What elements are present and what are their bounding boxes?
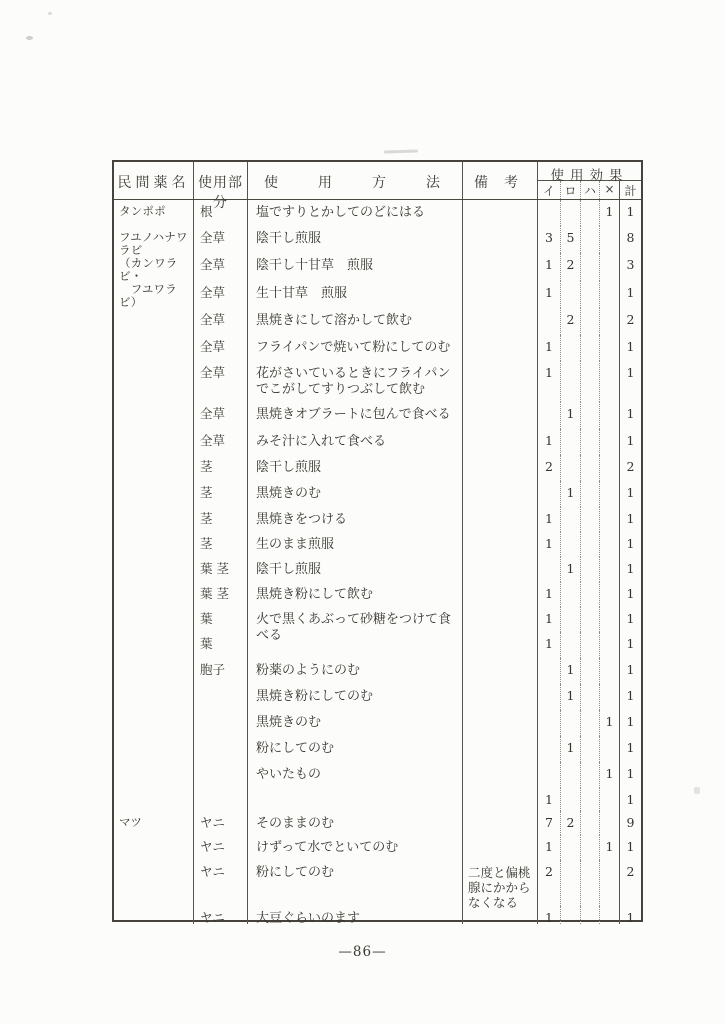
- used-part: 茎: [194, 532, 248, 557]
- usage-method: [248, 788, 463, 811]
- effect-count-i: [538, 308, 561, 335]
- used-part: 葉 茎: [194, 557, 248, 582]
- used-part: 全草: [194, 429, 248, 455]
- usage-method: 塩ですりとかしてのどにはる: [248, 200, 463, 226]
- effect-count-ha: [581, 835, 600, 860]
- effect-count-x: [600, 402, 620, 429]
- effect-count-x: [600, 335, 620, 361]
- used-part: [194, 710, 248, 736]
- effect-count-total: 1: [620, 684, 641, 710]
- usage-method: みそ汁に入れて食べる: [248, 429, 463, 455]
- used-part: 全草: [194, 402, 248, 429]
- medicine-name: [114, 361, 194, 402]
- effect-count-i: 1: [538, 507, 561, 532]
- effect-count-x: [600, 361, 620, 402]
- effect-count-x: [600, 507, 620, 532]
- usage-method: 陰干し煎服: [248, 455, 463, 481]
- effect-count-i: [538, 658, 561, 684]
- medicine-name: [114, 253, 194, 281]
- medicine-name: [114, 281, 194, 308]
- effect-count-total: 1: [620, 402, 641, 429]
- medicine-name: [114, 762, 194, 788]
- used-part: [194, 684, 248, 710]
- usage-method: 大豆ぐらいのます: [248, 906, 463, 924]
- effect-count-i: 1: [538, 429, 561, 455]
- remark: [463, 281, 538, 308]
- usage-method: けずって水でといてのむ: [248, 835, 463, 860]
- effect-count-ro: [561, 835, 581, 860]
- effect-count-x: [600, 788, 620, 811]
- effect-count-ha: [581, 429, 600, 455]
- effect-count-ha: [581, 481, 600, 507]
- effect-count-i: [538, 684, 561, 710]
- table-row: 全草フライパンで焼いて粉にしてのむ11: [114, 335, 641, 361]
- remark: [463, 429, 538, 455]
- effect-count-ro: [561, 335, 581, 361]
- table-row: 葉 茎陰干し煎服11: [114, 557, 641, 582]
- effect-count-x: [600, 557, 620, 582]
- effect-count-ha: [581, 607, 600, 632]
- used-part: 茎: [194, 481, 248, 507]
- medicine-name: [114, 684, 194, 710]
- used-part: 全草: [194, 281, 248, 308]
- used-part: [194, 736, 248, 762]
- used-part: 葉 茎: [194, 582, 248, 607]
- effect-count-total: 8: [620, 226, 641, 253]
- effect-count-x: [600, 308, 620, 335]
- effect-count-x: [600, 658, 620, 684]
- effect-count-i: [538, 557, 561, 582]
- effect-count-ha: [581, 582, 600, 607]
- remark: [463, 658, 538, 684]
- effect-count-ro: [561, 860, 581, 906]
- usage-method: 粉にしてのむ: [248, 736, 463, 762]
- medicine-name: [114, 658, 194, 684]
- effect-count-ro: 2: [561, 253, 581, 281]
- table-row: 葉11: [114, 632, 641, 658]
- table-row: マツヤニそのままのむ729: [114, 811, 641, 835]
- effect-count-ro: 1: [561, 557, 581, 582]
- medicine-name: [114, 582, 194, 607]
- medicine-name: [114, 557, 194, 582]
- effect-count-total: 1: [620, 361, 641, 402]
- effect-count-x: [600, 481, 620, 507]
- effect-count-i: [538, 762, 561, 788]
- medicine-name: [114, 481, 194, 507]
- effect-count-ro: [561, 762, 581, 788]
- medicine-name: [114, 455, 194, 481]
- effect-count-total: 2: [620, 860, 641, 906]
- effect-count-i: 1: [538, 281, 561, 308]
- table-row: やいたもの11: [114, 762, 641, 788]
- table-row: フユノハナワラビ （カンワラビ・ フユワラビ）全草陰干し煎服358: [114, 226, 641, 253]
- remark: [463, 684, 538, 710]
- used-part: 全草: [194, 361, 248, 402]
- effect-count-ha: [581, 507, 600, 532]
- used-part: 全草: [194, 253, 248, 281]
- remark: [463, 557, 538, 582]
- usage-method: 黒焼き粉にして飲む: [248, 582, 463, 607]
- scan-artifact: [384, 149, 418, 153]
- effect-count-i: 1: [538, 253, 561, 281]
- effect-count-ro: [561, 582, 581, 607]
- medicine-name: [114, 532, 194, 557]
- table-row: 11: [114, 788, 641, 811]
- used-part: 葉: [194, 607, 248, 632]
- effect-count-ro: 2: [561, 811, 581, 835]
- effect-count-i: 1: [538, 835, 561, 860]
- effect-count-x: [600, 429, 620, 455]
- effect-count-total: 3: [620, 253, 641, 281]
- scan-artifact: [26, 36, 33, 40]
- table-row: 全草黒焼きオブラートに包んで食べる11: [114, 402, 641, 429]
- header-effect-ha: ハ: [581, 181, 600, 199]
- effect-count-x: [600, 253, 620, 281]
- remark: [463, 710, 538, 736]
- effect-count-ha: [581, 811, 600, 835]
- effect-count-i: [538, 481, 561, 507]
- used-part: 全草: [194, 308, 248, 335]
- effect-count-ha: [581, 557, 600, 582]
- effect-count-ha: [581, 658, 600, 684]
- effect-count-x: [600, 684, 620, 710]
- effect-count-x: [600, 632, 620, 658]
- header-effect-subcolumns: イ ロ ハ × 計: [538, 181, 641, 199]
- used-part: 根: [194, 200, 248, 226]
- medicine-name: [114, 860, 194, 906]
- table-row: 全草花がさいているときにフライパンでこがしてすりつぶして飲む11: [114, 361, 641, 402]
- medicine-name: [114, 906, 194, 924]
- effect-count-ha: [581, 253, 600, 281]
- medicine-name: [114, 788, 194, 811]
- remark: [463, 507, 538, 532]
- usage-method: 黒焼き粉にしてのむ: [248, 684, 463, 710]
- remark: [463, 253, 538, 281]
- scanned-document-page: 民間薬名 使用部分 使用方法 備考 使用効果 イ ロ ハ × 計 タンポポ根塩で…: [0, 0, 725, 1024]
- effect-count-ha: [581, 532, 600, 557]
- effect-count-i: 1: [538, 906, 561, 924]
- table-row: ヤニ大豆ぐらいのます11: [114, 906, 641, 924]
- usage-method: 陰干し煎服: [248, 557, 463, 582]
- medicine-name: [114, 402, 194, 429]
- remark: [463, 335, 538, 361]
- medicine-name: [114, 736, 194, 762]
- header-usage-method: 使用方法: [248, 162, 463, 199]
- remark: [463, 481, 538, 507]
- remark: [463, 736, 538, 762]
- used-part: [194, 788, 248, 811]
- header-usage-effect-group: 使用効果 イ ロ ハ × 計: [538, 162, 641, 199]
- remark: [463, 607, 538, 632]
- remark: [463, 582, 538, 607]
- remark: [463, 811, 538, 835]
- header-effect-ro: ロ: [561, 181, 581, 199]
- effect-count-i: 1: [538, 532, 561, 557]
- used-part: ヤニ: [194, 906, 248, 924]
- effect-count-total: 1: [620, 658, 641, 684]
- effect-count-ha: [581, 455, 600, 481]
- medicine-name: マツ: [114, 811, 194, 835]
- usage-method: 黒焼きオブラートに包んで食べる: [248, 402, 463, 429]
- effect-count-i: [538, 710, 561, 736]
- effect-count-ro: [561, 507, 581, 532]
- effect-count-ro: [561, 906, 581, 924]
- effect-count-ha: [581, 402, 600, 429]
- effect-count-x: 1: [600, 835, 620, 860]
- usage-method: そのままのむ: [248, 811, 463, 835]
- table-body: タンポポ根塩ですりとかしてのどにはる11フユノハナワラビ （カンワラビ・ フユワ…: [114, 200, 641, 924]
- effect-count-total: 1: [620, 200, 641, 226]
- remark: [463, 226, 538, 253]
- effect-count-ha: [581, 710, 600, 736]
- remark: [463, 835, 538, 860]
- effect-count-ha: [581, 335, 600, 361]
- medicine-name: タンポポ: [114, 200, 194, 226]
- effect-count-total: 2: [620, 455, 641, 481]
- medicine-name: [114, 607, 194, 632]
- used-part: ヤニ: [194, 860, 248, 906]
- effect-count-x: [600, 860, 620, 906]
- effect-count-x: 1: [600, 762, 620, 788]
- usage-method: 黒焼きにして溶かして飲む: [248, 308, 463, 335]
- table-row: 全草みそ汁に入れて食べる11: [114, 429, 641, 455]
- used-part: ヤニ: [194, 811, 248, 835]
- effect-count-total: 2: [620, 308, 641, 335]
- effect-count-ha: [581, 281, 600, 308]
- effect-count-total: 1: [620, 481, 641, 507]
- used-part: 全草: [194, 335, 248, 361]
- effect-count-ro: [561, 632, 581, 658]
- effect-count-ro: [561, 361, 581, 402]
- effect-count-total: 1: [620, 710, 641, 736]
- used-part: 茎: [194, 507, 248, 532]
- table-row: 葉火で黒くあぶって砂糖をつけて食べる11: [114, 607, 641, 632]
- effect-count-ro: 5: [561, 226, 581, 253]
- effect-count-total: 1: [620, 281, 641, 308]
- usage-method: 黒焼きのむ: [248, 481, 463, 507]
- effect-count-ro: [561, 710, 581, 736]
- header-effect-total: 計: [620, 181, 641, 199]
- medicine-name: [114, 308, 194, 335]
- effect-count-i: [538, 200, 561, 226]
- effect-count-i: 1: [538, 361, 561, 402]
- usage-method: フライパンで焼いて粉にしてのむ: [248, 335, 463, 361]
- table-row: 茎黒焼きのむ11: [114, 481, 641, 507]
- usage-method: 生のまま煎服: [248, 532, 463, 557]
- table-row: ヤニけずって水でといてのむ111: [114, 835, 641, 860]
- scan-artifact: [694, 787, 700, 794]
- usage-method: 生十甘草 煎服: [248, 281, 463, 308]
- header-remarks: 備考: [463, 162, 538, 199]
- effect-count-ha: [581, 906, 600, 924]
- effect-count-x: [600, 582, 620, 607]
- effect-count-ha: [581, 762, 600, 788]
- effect-count-ro: [561, 607, 581, 632]
- table-row: ヤニ粉にしてのむ二度と偏桃腺にかからなくなる22: [114, 860, 641, 906]
- effect-count-i: 1: [538, 788, 561, 811]
- remark: [463, 632, 538, 658]
- effect-count-i: 1: [538, 607, 561, 632]
- effect-count-ro: [561, 429, 581, 455]
- usage-method: 黒焼きをつける: [248, 507, 463, 532]
- effect-count-ha: [581, 308, 600, 335]
- effect-count-x: [600, 226, 620, 253]
- effect-count-ha: [581, 226, 600, 253]
- table-row: 葉 茎黒焼き粉にして飲む11: [114, 582, 641, 607]
- effect-count-i: 2: [538, 860, 561, 906]
- effect-count-total: 1: [620, 835, 641, 860]
- effect-count-ro: [561, 455, 581, 481]
- usage-method: 陰干し十甘草 煎服: [248, 253, 463, 281]
- effect-count-ha: [581, 860, 600, 906]
- usage-method: 黒焼きのむ: [248, 710, 463, 736]
- table-row: 茎黒焼きをつける11: [114, 507, 641, 532]
- table-row: 胞子粉薬のようにのむ11: [114, 658, 641, 684]
- medicine-name: [114, 710, 194, 736]
- effect-count-ro: 1: [561, 481, 581, 507]
- effect-count-total: 1: [620, 429, 641, 455]
- usage-method: 粉にしてのむ: [248, 860, 463, 906]
- remark: [463, 788, 538, 811]
- effect-count-i: [538, 402, 561, 429]
- header-usage-effect: 使用効果: [538, 162, 641, 181]
- effect-count-i: 1: [538, 335, 561, 361]
- header-folk-medicine-name: 民間薬名: [114, 162, 194, 199]
- table-row: 全草生十甘草 煎服11: [114, 281, 641, 308]
- remark: [463, 906, 538, 924]
- table-row: 全草陰干し十甘草 煎服123: [114, 253, 641, 281]
- table-row: 黒焼き粉にしてのむ11: [114, 684, 641, 710]
- usage-method: 粉薬のようにのむ: [248, 658, 463, 684]
- effect-count-i: 1: [538, 632, 561, 658]
- effect-count-x: [600, 906, 620, 924]
- medicine-name: [114, 632, 194, 658]
- effect-count-x: [600, 281, 620, 308]
- effect-count-x: [600, 455, 620, 481]
- usage-method: [248, 632, 463, 658]
- effect-count-ha: [581, 788, 600, 811]
- medicine-name: [114, 335, 194, 361]
- header-effect-x: ×: [600, 181, 620, 199]
- table-row: 全草黒焼きにして溶かして飲む22: [114, 308, 641, 335]
- remark: [463, 361, 538, 402]
- effect-count-total: 1: [620, 762, 641, 788]
- effect-count-total: 1: [620, 507, 641, 532]
- effect-count-x: [600, 607, 620, 632]
- medicine-name: [114, 507, 194, 532]
- effect-count-total: 1: [620, 736, 641, 762]
- scan-artifact: [48, 12, 52, 15]
- effect-count-total: 1: [620, 906, 641, 924]
- effect-count-ro: [561, 200, 581, 226]
- page-number: —86—: [0, 944, 725, 960]
- used-part: 茎: [194, 455, 248, 481]
- effect-count-total: 1: [620, 335, 641, 361]
- effect-count-ro: 2: [561, 308, 581, 335]
- effect-count-ha: [581, 361, 600, 402]
- medicine-name: [114, 835, 194, 860]
- usage-method: やいたもの: [248, 762, 463, 788]
- remark: [463, 308, 538, 335]
- table-row: 粉にしてのむ11: [114, 736, 641, 762]
- effect-count-ha: [581, 736, 600, 762]
- effect-count-total: 9: [620, 811, 641, 835]
- used-part: ヤニ: [194, 835, 248, 860]
- effect-count-total: 1: [620, 532, 641, 557]
- effect-count-i: 1: [538, 582, 561, 607]
- used-part: 全草: [194, 226, 248, 253]
- table-row: 茎生のまま煎服11: [114, 532, 641, 557]
- effect-count-i: 7: [538, 811, 561, 835]
- effect-count-total: 1: [620, 557, 641, 582]
- effect-count-i: [538, 736, 561, 762]
- effect-count-total: 1: [620, 632, 641, 658]
- header-effect-i: イ: [538, 181, 561, 199]
- effect-count-ro: [561, 532, 581, 557]
- remark: [463, 532, 538, 557]
- used-part: 葉: [194, 632, 248, 658]
- header-used-part: 使用部分: [194, 162, 248, 199]
- effect-count-ha: [581, 684, 600, 710]
- remark: [463, 402, 538, 429]
- effect-count-ro: 1: [561, 684, 581, 710]
- effect-count-x: 1: [600, 710, 620, 736]
- remark: [463, 200, 538, 226]
- effect-count-ha: [581, 632, 600, 658]
- used-part: [194, 762, 248, 788]
- effect-count-i: 2: [538, 455, 561, 481]
- medicine-name: [114, 429, 194, 455]
- effect-count-x: 1: [600, 200, 620, 226]
- remark: [463, 455, 538, 481]
- effect-count-ro: [561, 281, 581, 308]
- effect-count-x: [600, 532, 620, 557]
- remark: [463, 762, 538, 788]
- table-header-row: 民間薬名 使用部分 使用方法 備考 使用効果 イ ロ ハ × 計: [114, 162, 641, 200]
- remark: 二度と偏桃腺にかからなくなる: [463, 860, 538, 906]
- effect-count-ro: 1: [561, 402, 581, 429]
- effect-count-total: 1: [620, 582, 641, 607]
- effect-count-ha: [581, 200, 600, 226]
- effect-count-total: 1: [620, 607, 641, 632]
- table-row: タンポポ根塩ですりとかしてのどにはる11: [114, 200, 641, 226]
- effect-count-ro: [561, 788, 581, 811]
- usage-method: 花がさいているときにフライパンでこがしてすりつぶして飲む: [248, 361, 463, 402]
- usage-method: 火で黒くあぶって砂糖をつけて食べる: [248, 607, 463, 632]
- effect-count-x: [600, 736, 620, 762]
- effect-count-ro: 1: [561, 658, 581, 684]
- effect-count-ro: 1: [561, 736, 581, 762]
- effect-count-x: [600, 811, 620, 835]
- effect-count-total: 1: [620, 788, 641, 811]
- medicine-name: フユノハナワラビ （カンワラビ・ フユワラビ）: [114, 226, 194, 253]
- usage-method: 陰干し煎服: [248, 226, 463, 253]
- effect-count-i: 3: [538, 226, 561, 253]
- table-row: 黒焼きのむ11: [114, 710, 641, 736]
- table-row: 茎陰干し煎服22: [114, 455, 641, 481]
- used-part: 胞子: [194, 658, 248, 684]
- folk-medicine-table: 民間薬名 使用部分 使用方法 備考 使用効果 イ ロ ハ × 計 タンポポ根塩で…: [112, 160, 643, 922]
